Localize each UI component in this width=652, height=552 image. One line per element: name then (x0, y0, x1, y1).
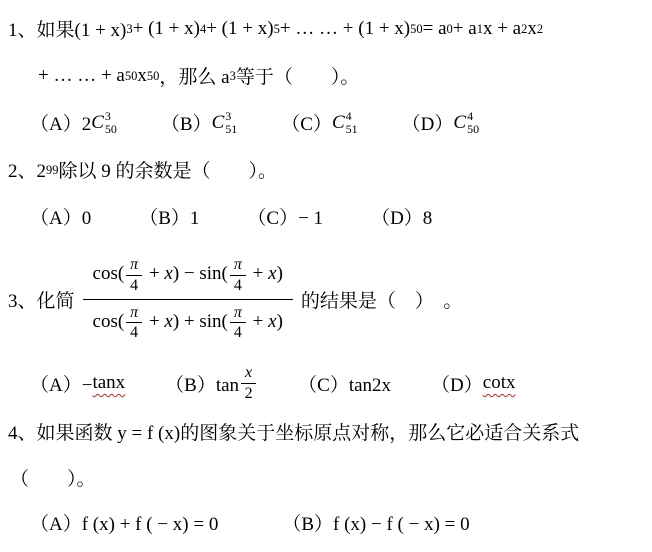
question-2-option-c: （C）− 1 (247, 203, 323, 230)
question-1-line-1: 1、如果(1 + x)3 + (1 + x)4 + (1 + x)5 + … …… (8, 5, 648, 52)
question-2-option-d: （D）8 (371, 203, 432, 230)
question-4-line-2: （ ）。 (8, 455, 648, 499)
question-3-option-b: （B）tanx2 (165, 364, 258, 402)
question-1-option-c: （C）C451 (281, 109, 357, 136)
question-4-option-a: （A）f (x) + f ( − x) = 0 (30, 509, 218, 536)
question-2-options: （A）0 （B）1 （C）− 1 （D）8 (8, 193, 648, 240)
question-3-option-c: （C）tan2x (298, 370, 391, 397)
question-1-option-b: （B）C351 (161, 109, 237, 136)
question-2-option-b: （B）1 (139, 203, 199, 230)
question-2-option-a: （A）0 (30, 203, 91, 230)
question-4-options: （A）f (x) + f ( − x) = 0 （B）f (x) − f ( −… (8, 499, 648, 546)
question-3-line: 3、化简 cos(π4 + x) − sin(π4 + x)cos(π4 + x… (8, 240, 648, 358)
question-3-option-a: （A）− tanx (30, 370, 125, 397)
question-1-option-d: （D）C450 (402, 109, 479, 136)
question-1-options: （A）2C350 （B）C351 （C）C451 （D）C450 (8, 99, 648, 146)
question-3-option-d: （D）cotx (431, 370, 515, 397)
question-1-option-a: （A）2C350 (30, 109, 117, 136)
exam-document: 1、如果(1 + x)3 + (1 + x)4 + (1 + x)5 + … …… (0, 0, 652, 546)
question-4-option-b: （B）f (x) − f ( − x) = 0 (282, 509, 469, 536)
question-1-line-2: + … … + a50x50，那么 a3 等于（ ）。 (8, 52, 648, 99)
question-4-line-1: 4、如果函数 y = f (x)的图象关于坐标原点对称，那么它必适合关系式 (8, 408, 648, 455)
question-2-line: 2、299除以 9 的余数是（ ）。 (8, 146, 648, 193)
question-3-options: （A）− tanx （B）tanx2 （C）tan2x （D）cotx (8, 358, 648, 408)
